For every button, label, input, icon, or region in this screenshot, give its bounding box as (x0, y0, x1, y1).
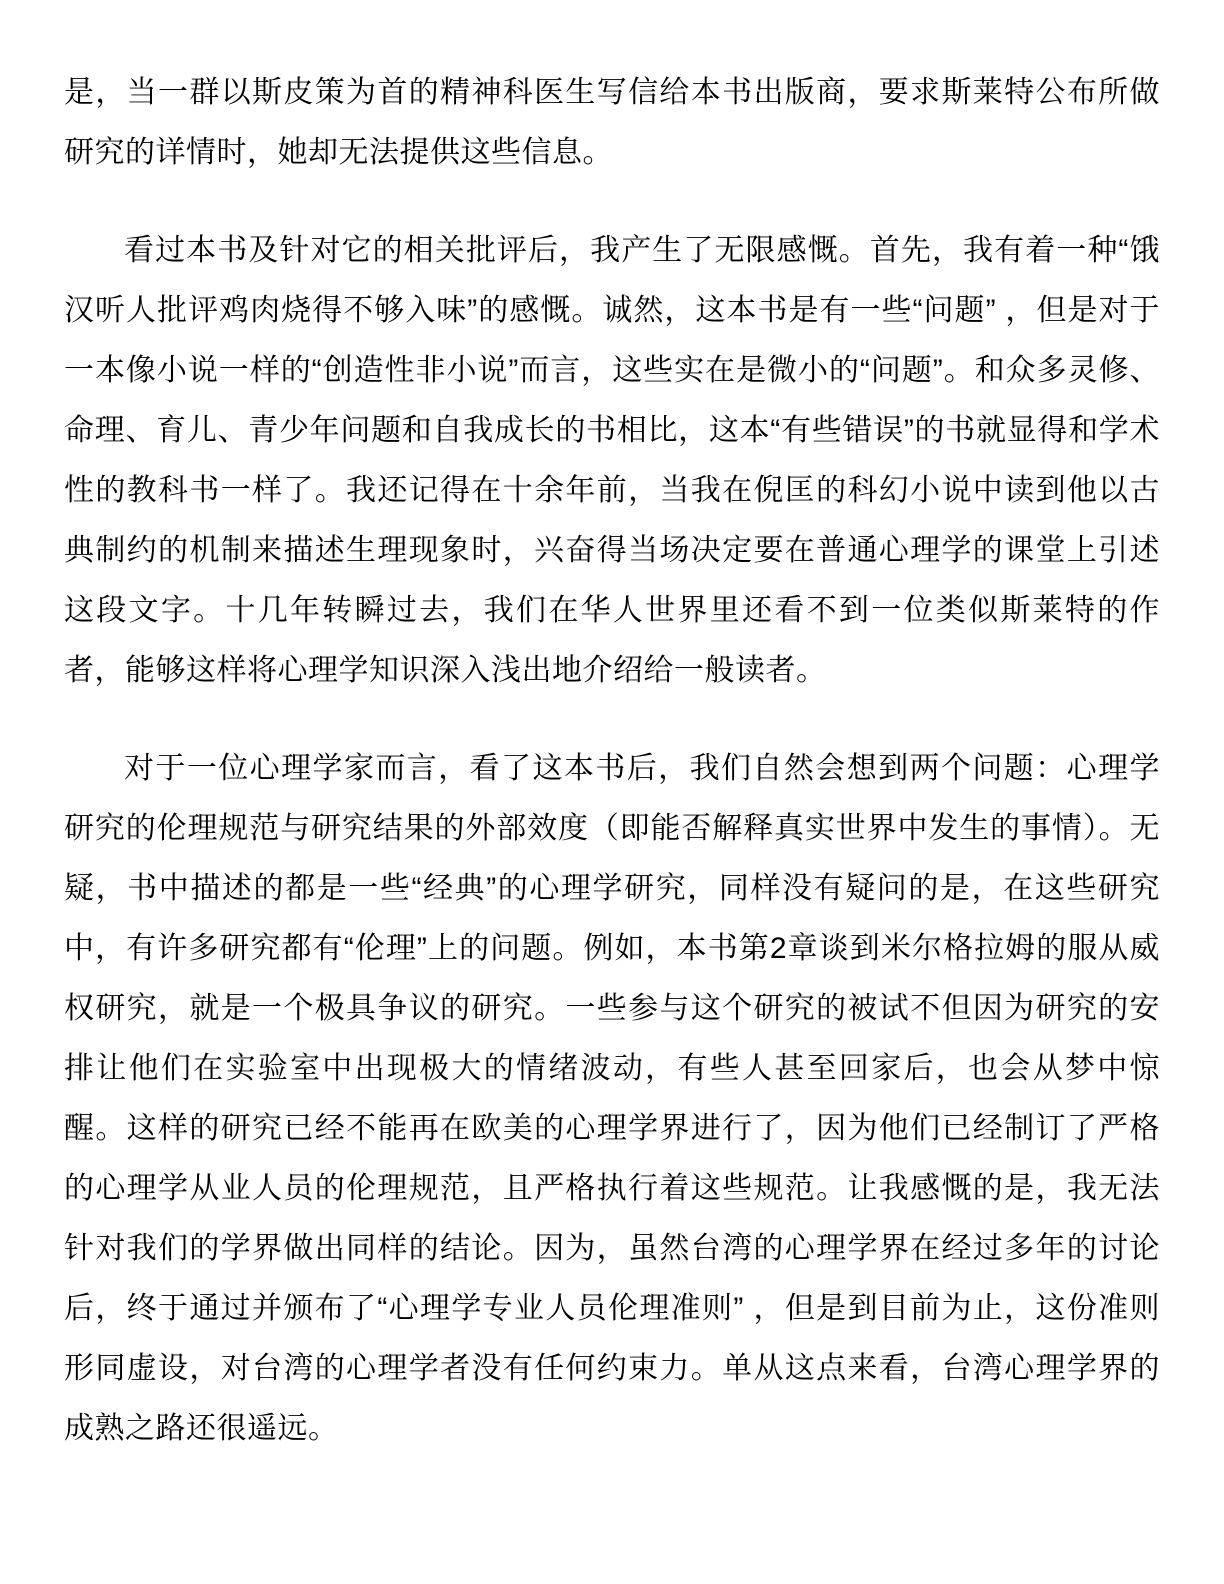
paragraph-1: 是，当一群以斯皮策为首的精神科医生写信给本书出版商，要求斯莱特公布所做研究的详情… (64, 63, 1160, 183)
paragraph-3: 对于一位心理学家而言，看了这本书后，我们自然会想到两个问题：心理学研究的伦理规范… (64, 739, 1160, 1459)
document-page: 是，当一群以斯皮策为首的精神科医生写信给本书出版商，要求斯莱特公布所做研究的详情… (0, 0, 1224, 1584)
body-text: 是，当一群以斯皮策为首的精神科医生写信给本书出版商，要求斯莱特公布所做研究的详情… (64, 63, 1160, 1459)
paragraph-2: 看过本书及针对它的相关批评后，我产生了无限感慨。首先，我有着一种“饿汉听人批评鸡… (64, 221, 1160, 701)
